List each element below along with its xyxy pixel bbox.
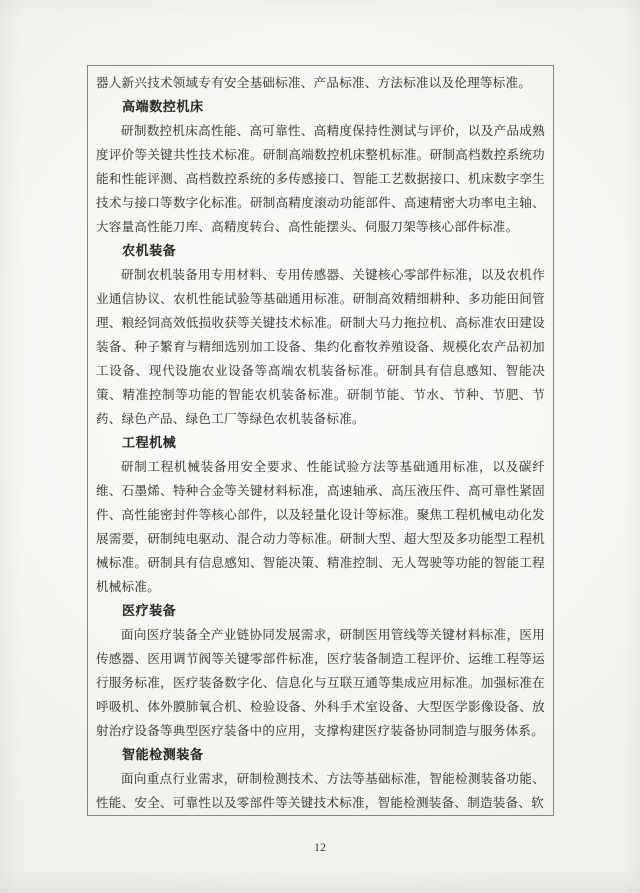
- section-heading: 工程机械: [96, 431, 545, 455]
- section-heading: 医疗装备: [96, 599, 545, 623]
- lead-paragraph: 器人新兴技术领域专有安全基础标准、产品标准、方法标准以及伦理等标准。: [96, 71, 545, 95]
- page-number: 12: [0, 839, 640, 855]
- section-paragraph: 研制数控机床高性能、高可靠性、高精度保持性测试与评价，以及产品成熟度评价等关键共…: [96, 119, 545, 239]
- document-text-frame: 器人新兴技术领域专有安全基础标准、产品标准、方法标准以及伦理等标准。 高端数控机…: [87, 65, 554, 816]
- section-paragraph: 面向重点行业需求，研制检测技术、方法等基础标准，智能检测装备功能、性能、安全、可…: [96, 767, 545, 815]
- section-heading: 农机装备: [96, 239, 545, 263]
- section-heading: 高端数控机床: [96, 95, 545, 119]
- scanned-document-page: 器人新兴技术领域专有安全基础标准、产品标准、方法标准以及伦理等标准。 高端数控机…: [0, 0, 640, 893]
- section-paragraph: 面向医疗装备全产业链协同发展需求，研制医用管线等关键材料标准，医用传感器、医用调…: [96, 623, 545, 743]
- section-heading: 智能检测装备: [96, 743, 545, 767]
- section-paragraph: 研制工程机械装备用安全要求、性能试验方法等基础通用标准，以及碳纤维、石墨烯、特种…: [96, 455, 545, 599]
- section-paragraph: 研制农机装备用专用材料、专用传感器、关键核心零部件标准，以及农机作业通信协议、农…: [96, 263, 545, 431]
- sections-container: 高端数控机床 研制数控机床高性能、高可靠性、高精度保持性测试与评价，以及产品成熟…: [96, 95, 545, 815]
